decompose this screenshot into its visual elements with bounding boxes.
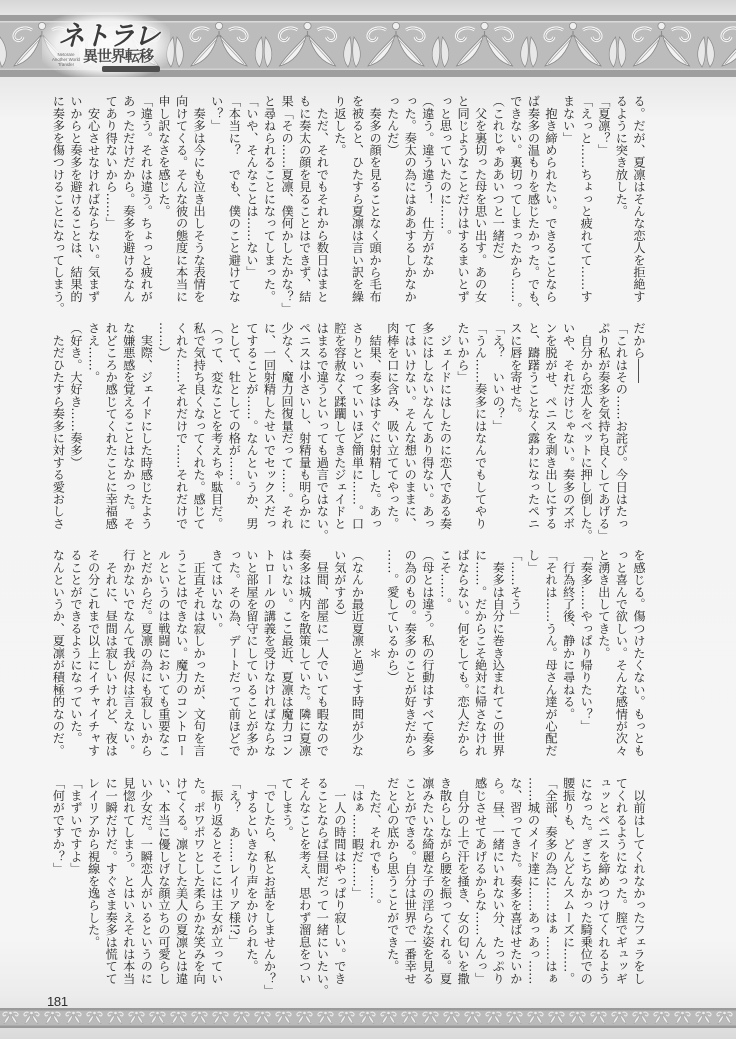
text-column: に一瞬だけだ。すぐさま奏多は慌てて [102, 777, 120, 985]
text-column: として、牡としての格が……。 [225, 322, 243, 530]
text-column: な、習ってきた。奏多を喜ばせたいか [506, 777, 524, 985]
text-column: （違う。違う違う！ 仕方がなか [418, 95, 436, 303]
text-column: いと部屋を留守にしていることが多か [242, 549, 260, 757]
text-column: 凛みたいな綺麗な子の淫らな姿を見る [418, 777, 436, 985]
footer-ornament-band [0, 1008, 736, 1028]
text-column: た。ポワポワとした柔らかな笑みを向 [190, 777, 208, 985]
text-column: けてくる。凛とした美人の夏凛とは違 [172, 777, 190, 985]
text-column: と湧き出してきた。 [594, 549, 612, 757]
text-column: れどころか感じてくれたことに幸福感 [102, 322, 120, 530]
text-column: 奏多は城内を散策していた。隣に夏凛 [295, 549, 313, 757]
text-column: （って、変なことを考えちゃ駄目だ。 [207, 322, 225, 530]
text-tier-2: だから―― 「これはその……お詫び。今日はたっ ぷり私が奏多を気持ち良くしてあげ… [48, 322, 647, 530]
text-column: それに、昼間は寂しいけれど、夜は [102, 549, 120, 757]
text-column: レイリアから視線を逸らした。 [84, 777, 102, 985]
logo-subtitle-bar [102, 66, 160, 72]
logo-english-line: Transfer [49, 62, 83, 67]
text-column: に……。だからこそ絶対に帰さなけれ [471, 549, 489, 757]
text-column: 「これはその……お詫び。今日はたっ [612, 322, 630, 530]
text-column: を感じる。傷つけたくない。もっとも [629, 549, 647, 757]
text-column: ることができるようになっていた。 [66, 549, 84, 757]
text-column: と同じようなことだけはするまいとず [453, 95, 471, 303]
text-column: っと思っていたのに……。 [436, 95, 454, 303]
text-column: 安心させなければならない。気まず [84, 95, 102, 303]
text-column: だと心の底から思うことができた。 [383, 777, 401, 985]
text-column: ら。昼、一緒にいれない分、たっぷり [489, 777, 507, 985]
text-column: に、一回射精したせいでセックスだっ [260, 322, 278, 530]
text-column: 父を裏切った母を思い出す。あの女 [471, 95, 489, 303]
text-column: 向けてくる。そんな彼の態度に本当に [172, 95, 190, 303]
text-column: 自分から恋人をベットに押し倒した。 [577, 322, 595, 530]
text-column: 見惚れてしまう。とはいえそれは本当 [119, 777, 137, 985]
text-column: 申し訳なさを感じた。 [154, 95, 172, 303]
text-column: 奏多は自分に巻き込まれてこの世界 [489, 549, 507, 757]
text-column: 「うん……奏多にはなんでもしてやり [471, 322, 489, 530]
text-column: ュッとペニスを締めつけてくれるよう [594, 777, 612, 985]
text-column: った。奏太の為にはああするしかなか [401, 95, 419, 303]
text-column: そんなことを考え、思わず溜息をつい [295, 777, 313, 985]
text-column: 肉棒を口に含み、吸い立ててやった。 [383, 322, 401, 530]
text-column: ペニスは小さいし、射精量も明らかに [295, 322, 313, 530]
text-column: ただ、それでも……。 [366, 777, 384, 985]
text-column: 「でしたら、私とお話をしませんか？」 [260, 777, 278, 985]
text-column: いや、それだけじゃない。奏多のズボ [559, 322, 577, 530]
text-column: 振り返るとそこには王女が立ってい [207, 777, 225, 985]
text-column: きてはいない。 [207, 549, 225, 757]
text-column: 「……そう」 [506, 549, 524, 757]
text-column: ば奏多の温もりを感じたかった。でも、 [524, 95, 542, 303]
text-column: と尋ねられることになってしまった。 [260, 95, 278, 303]
text-column: とだからだ。夏凛の為にも寂しいから [137, 549, 155, 757]
text-column: スに唇を寄せた。 [506, 322, 524, 530]
text-column: 行かないでなんて我が侭は言えない。 [119, 549, 137, 757]
text-column: る。だが、夏凛はそんな恋人を拒絶す [629, 95, 647, 303]
text-tier-4: 以前はしてくれなかったフェラをし てくれるようになった。膣でギュッギ ュッとペニ… [48, 777, 647, 985]
text-column: あっただけだから。奏多を避けるなん [119, 95, 137, 303]
text-column: てくれるようになった。膣でギュッギ [612, 777, 630, 985]
text-column: 実際、ジェイドにした時感じたよう [137, 322, 155, 530]
text-column: い？」 [207, 95, 225, 303]
text-column: を被ると、ひたすら夏凛は言い訳を繰 [348, 95, 366, 303]
text-column: （母とは違う。私の行動はすべて奏多 [418, 549, 436, 757]
text-column: こそ……。 [436, 549, 454, 757]
text-column: 「えっと……ちょっと疲れてて……す [577, 95, 595, 303]
text-column: だから―― [629, 322, 647, 530]
text-column: できない。裏切ってしまったから……。 [506, 95, 524, 303]
text-column: （好き。大好き……奏多） [66, 322, 84, 530]
text-column: ただ、それでもそれから数日はまと [313, 95, 331, 303]
text-column: 「違う。それは違う。ちょっと疲れが [137, 95, 155, 303]
text-column: ただひたすら奏多に対する愛おしさ [49, 322, 67, 530]
book-logo: ネトラレ 異世界転移 Netorare Another World Transf… [42, 12, 170, 78]
text-column: 私で気持ち良くなってくれた。感じて [190, 322, 208, 530]
text-column: うことはできない。魔力のコントロー [172, 549, 190, 757]
text-column: い少女だ。一瞬恋人がいるというのに [137, 777, 155, 985]
text-column: ぷり私が奏多を気持ち良くしてあげる」 [594, 322, 612, 530]
logo-subtitle: 異世界転移 [83, 45, 153, 66]
text-column: るように突き放した。 [612, 95, 630, 303]
text-column: ンを脱がせ、ペニスを剥き出しにする [541, 322, 559, 530]
text-column: はいない。ここ最近、夏凛は魔力コン [278, 549, 296, 757]
scene-break-asterisk: ＊ [366, 549, 384, 757]
text-column: たいから」 [453, 322, 471, 530]
text-column: の為のもの。奏多のことが好きだから [401, 549, 419, 757]
text-column: 「何がですか？」 [49, 777, 67, 985]
text-column: 「え？ あ……レイリア様!?」 [225, 777, 243, 985]
text-column: 「本当に？ でも、僕のこと避けてな [225, 95, 243, 303]
text-column: てあり得ないから……」 [102, 95, 120, 303]
text-column: 多にはしないなんてあり得ない。あっ [418, 322, 436, 530]
text-column: り返した。 [330, 95, 348, 303]
text-column: くれた……それだけで……それだけで [172, 322, 190, 530]
text-column: 結果、奏多はすぐに射精した。あっ [366, 322, 384, 530]
text-column: 正直それは寂しかったが、文句を言 [190, 549, 208, 757]
text-column: 「夏凛？」 [594, 95, 612, 303]
text-column: し」 [524, 549, 542, 757]
text-column: と、躊躇うことなく露わになったペニ [524, 322, 542, 530]
text-column: ……。愛しているから） [383, 549, 401, 757]
text-column: 「全部、奏多の為に……はぁ……はぁ [541, 777, 559, 985]
text-column: 抱き締められたい。できることなら [541, 95, 559, 303]
text-column: い気がする） [330, 549, 348, 757]
text-column: 感じさせてあげるからな……んんっ」 [471, 777, 489, 985]
text-column: ばならない。何をしても。恋人だから [453, 549, 471, 757]
text-column: 自分の上で汗を掻き、女の匂いを撒 [453, 777, 471, 985]
text-column: もに奏太の顔を見ることはできず、結 [295, 95, 313, 303]
text-column: ルというのは戦闘においても重要なこ [154, 549, 172, 757]
text-column: 「いや、そんなことは……ない」 [242, 95, 260, 303]
text-column: 一人の時間はやっぱり寂しい。でき [330, 777, 348, 985]
text-column: 奏多は今にも泣き出しそうな表情を [190, 95, 208, 303]
text-column: はまるで違うといっても過言ではない。 [313, 322, 331, 530]
text-column: てすることが……。なんというか、男 [242, 322, 260, 530]
text-column: 昼間、部屋に一人でいても暇なので [313, 549, 331, 757]
text-column: った。その為、デートだって前ほどで [225, 549, 243, 757]
text-tier-1: る。だが、夏凛はそんな恋人を拒絶す るように突き放した。 「夏凛？」 「えっと…… [48, 95, 647, 303]
text-column: ……城のメイド達に……あっあっ…… [524, 777, 542, 985]
text-column: 行為終了後、静かに尋ねる。 [559, 549, 577, 757]
text-column: 「はぁ……暇だ……」 [348, 777, 366, 985]
text-column: なんというか、夏凛が積極的なのだ。 [49, 549, 67, 757]
text-column: に奏多を傷つけることになってしまう。 [49, 95, 67, 303]
page-number: 181 [47, 994, 68, 1009]
text-column: 腰振りも、どんどんスムーズに……。 [559, 777, 577, 985]
text-column: ジェイドにはしたのに恋人である奏 [436, 322, 454, 530]
text-column: てはいけない。そんな想いのままに、 [401, 322, 419, 530]
text-column: 奏多の顔を見ることなく頭から毛布 [366, 95, 384, 303]
text-column: 果「その……夏凛、僕何かしたかな？」 [278, 95, 296, 303]
text-column: さりといっていいほど簡単に……。口 [348, 322, 366, 530]
text-column: っと喜んで欲しい。そんな感情が次々 [612, 549, 630, 757]
text-column: き散らしながら腰を振ってくれる。夏 [436, 777, 454, 985]
text-column: てしまう。 [278, 777, 296, 985]
text-column: 「奏多……やっぱり帰りたい？」 [577, 549, 595, 757]
text-column: さえ……。 [84, 322, 102, 530]
text-column: トロールの講義を受けなければならな [260, 549, 278, 757]
text-column: ったんだ） [383, 95, 401, 303]
text-column: い、本当に優しげな顔立ちの可愛らし [154, 777, 172, 985]
text-column: いからと奏多を避けることは、結果的 [66, 95, 84, 303]
text-column: するといきなり声をかけられた。 [242, 777, 260, 985]
text-column: （これじゃああいつと一緒だ） [489, 95, 507, 303]
text-column: ことができる。自分は世界で一番幸せ [401, 777, 419, 985]
text-column: 少なく、魔力回復量だって……。それ [278, 322, 296, 530]
text-column: （なんか最近夏凛と過ごす時間が少な [348, 549, 366, 757]
text-column: な嫌悪感を覚えることはなかった。そ [119, 322, 137, 530]
logo-english-text: Netorare Another World Transfer [49, 52, 83, 67]
text-column: その分これまで以上にイチャイチャす [84, 549, 102, 757]
text-column: 「それは……うん。母さん達が心配だ [541, 549, 559, 757]
text-column: ……） [154, 322, 172, 530]
text-column: 以前はしてくれなかったフェラをし [629, 777, 647, 985]
text-column: ることならば昼間だって一緒にいたい。 [313, 777, 331, 985]
text-tier-3: を感じる。傷つけたくない。もっとも っと喜んで欲しい。そんな感情が次々 と湧き出… [48, 549, 647, 757]
text-column: 「まずいですよ」 [66, 777, 84, 985]
text-column: になった。ぎこちなかった騎乗位での [577, 777, 595, 985]
text-column: 「え？ いいの？」 [489, 322, 507, 530]
text-column: 腔を容赦なく蹂躙してきたジェイドと [330, 322, 348, 530]
text-column: まない」 [559, 95, 577, 303]
